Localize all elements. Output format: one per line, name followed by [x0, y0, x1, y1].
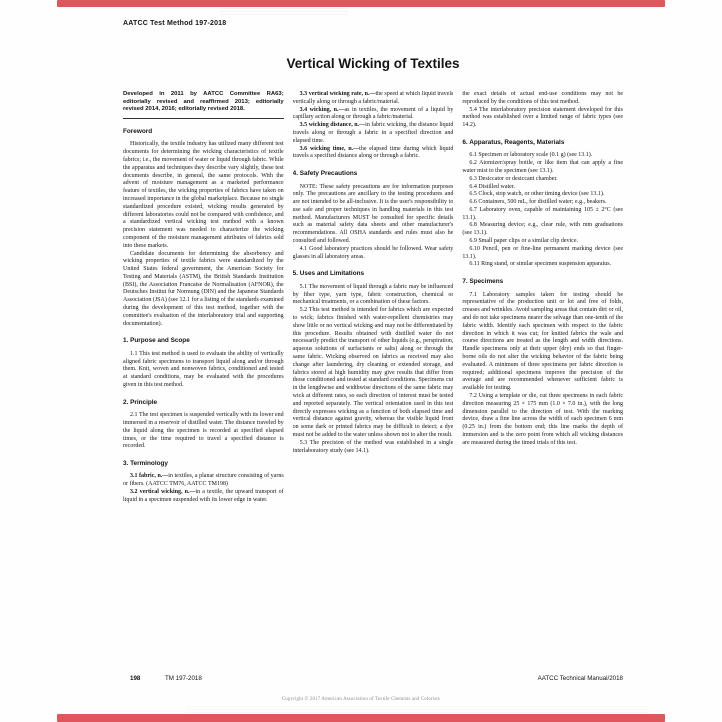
paragraph: the exact details of actual end-use cond… — [462, 91, 623, 107]
document-title: Vertical Wicking of Textiles — [123, 56, 623, 71]
paragraph: 1.1 This test method is used to evaluate… — [123, 351, 284, 390]
paragraph: Candidate documents for determining the … — [123, 251, 284, 329]
term-definition: 3.1 fabric, n.—in textiles, a planar str… — [123, 473, 284, 489]
section-heading: 7. Specimens — [462, 278, 623, 286]
paragraph: 5.2 This test method is intended for fab… — [293, 307, 454, 440]
paragraph: 5.3 The precision of the method was esta… — [293, 440, 454, 456]
scan-artifact-bottom — [186, 706, 648, 714]
manual-reference: AATCC Technical Manual/2018 — [538, 675, 623, 682]
section-heading: 6. Apparatus, Reagents, Materials — [462, 139, 623, 147]
paragraph: NOTE: These safety precautions are for i… — [293, 184, 454, 246]
paragraph: 7.1 Laboratory samples taken for testing… — [462, 292, 623, 393]
column-left: Developed in 2011 by AATCC Committee RA6… — [123, 91, 284, 668]
apparatus-item: 6.5 Clock, stop watch, or other timing d… — [462, 191, 623, 199]
section-heading: 4. Safety Precautions — [293, 170, 454, 178]
apparatus-item: 6.7 Laboratory oven, capable of maintain… — [462, 207, 623, 223]
apparatus-item: 6.1 Specimen or laboratory scale (0.1 g)… — [462, 152, 623, 160]
document-page: AATCC Test Method 197-2018 Vertical Wick… — [0, 0, 722, 722]
column-middle: 3.3 vertical wicking rate, n.—the speed … — [293, 91, 454, 668]
preview-crop-bar-bottom — [57, 714, 665, 722]
revision-note: Developed in 2011 by AATCC Committee RA6… — [123, 91, 284, 114]
paragraph: Historically, the textile industry has u… — [123, 141, 284, 250]
body-columns: Developed in 2011 by AATCC Committee RA6… — [123, 91, 623, 668]
column-right: the exact details of actual end-use cond… — [462, 91, 623, 668]
term-definition: 3.5 wicking distance, n.—in fabric wicki… — [293, 122, 454, 145]
section-heading: 3. Terminology — [123, 460, 284, 468]
preview-crop-bar-top — [57, 0, 665, 7]
section-heading: 1. Purpose and Scope — [123, 337, 284, 345]
apparatus-item: 6.2 Atomizer/spray bottle, or like item … — [462, 160, 623, 176]
section-heading: 2. Principle — [123, 399, 284, 407]
scan-artifact-top — [220, 8, 348, 16]
apparatus-item: 6.6 Containers, 500 mL, for distilled wa… — [462, 199, 623, 207]
divider-rule — [123, 118, 284, 119]
document-header: AATCC Test Method 197-2018 — [123, 20, 226, 27]
method-reference: TM 197-2018 — [165, 675, 202, 682]
apparatus-item: 6.3 Desiccator or desiccant chamber. — [462, 176, 623, 184]
page-footer: 198 TM 197-2018 AATCC Technical Manual/2… — [123, 675, 623, 685]
copyright-line: Copyright © 2017 American Association of… — [0, 697, 722, 702]
paragraph: 5.1 The movement of liquid through a fab… — [293, 284, 454, 307]
paragraph: 7.2 Using a template or die, cut three s… — [462, 393, 623, 448]
term-definition: 3.2 vertical wicking, n.—in a textile, t… — [123, 489, 284, 505]
apparatus-item: 6.10 Pencil, pen or fine-line permanent … — [462, 246, 623, 262]
apparatus-item: 6.11 Ring stand, or similar specimen sus… — [462, 261, 623, 269]
paragraph: 2.1 The test specimen is suspended verti… — [123, 412, 284, 451]
section-heading: 5. Uses and Limitations — [293, 270, 454, 278]
paragraph: 5.4 The interlaboratory precision statem… — [462, 107, 623, 130]
term-definition: 3.3 vertical wicking rate, n.—the speed … — [293, 91, 454, 107]
term-definition: 3.4 wicking, n.—as in textiles, the move… — [293, 107, 454, 123]
apparatus-item: 6.8 Measuring device; e.g., clear rule, … — [462, 222, 623, 238]
apparatus-item: 6.9 Small paper clips or a similar clip … — [462, 238, 623, 246]
term-definition: 3.6 wicking time, n.—the elapsed time du… — [293, 146, 454, 162]
paragraph: 4.1 Good laboratory practices should be … — [293, 246, 454, 262]
section-heading: Foreword — [123, 128, 284, 136]
page-number: 198 — [130, 675, 140, 682]
